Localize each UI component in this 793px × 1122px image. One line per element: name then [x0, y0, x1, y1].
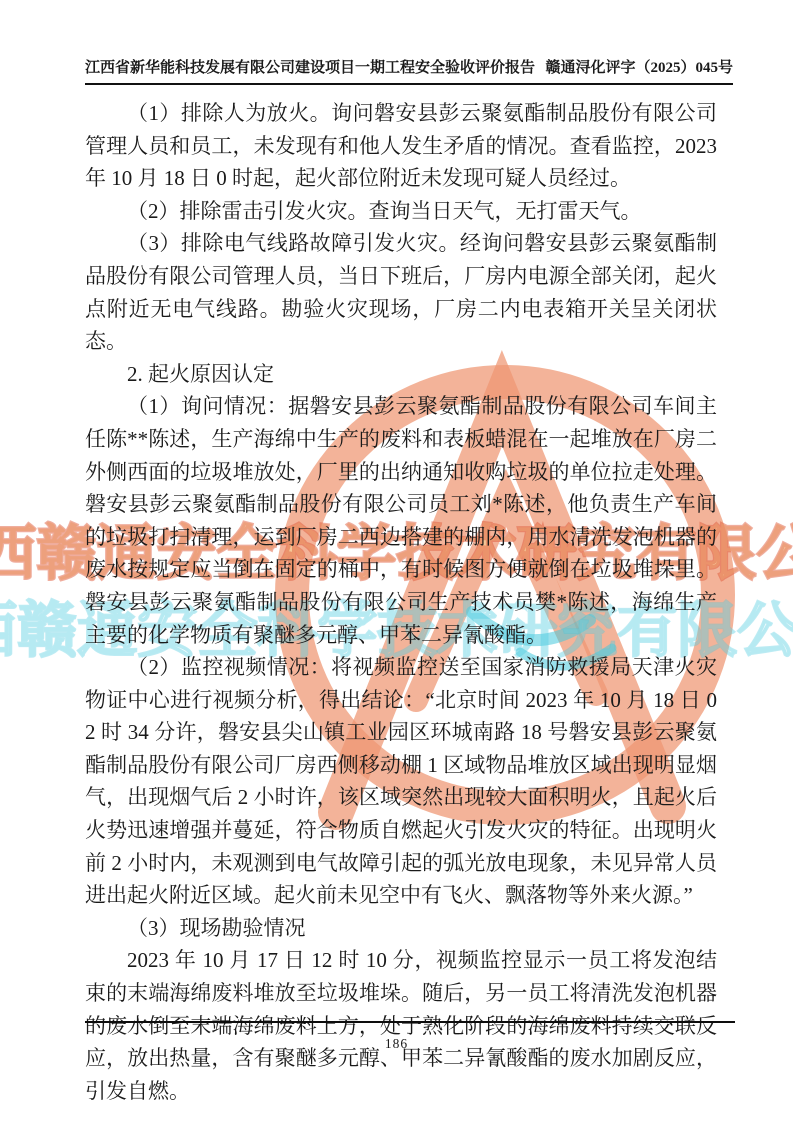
- heading-scene-survey: （3）现场勘验情况: [85, 912, 717, 945]
- body-text: （1）排除人为放火。询问磐安县彭云聚氨酯制品股份有限公司管理人员和员工，未发现有…: [85, 97, 717, 1107]
- heading-fire-cause-determination: 2. 起火原因认定: [85, 358, 717, 391]
- page-content: 江西省新华能科技发展有限公司建设项目一期工程安全验收评价报告 赣通浔化评字（20…: [0, 0, 793, 1122]
- page-number: 186: [0, 1036, 793, 1052]
- footer-divider: [85, 1021, 735, 1023]
- paragraph-scene-survey-detail: 2023 年 10 月 17 日 12 时 10 分，视频监控显示一员工将发泡结…: [85, 944, 717, 1107]
- paragraph-video-surveillance: （2）监控视频情况：将视频监控送至国家消防救援局天津火灾物证中心进行视频分析，得…: [85, 651, 717, 912]
- paragraph-inquiry-situation: （1）询问情况：据磐安县彭云聚氨酯制品股份有限公司车间主任陈**陈述，生产海绵中…: [85, 390, 717, 651]
- paragraph-exclude-arson: （1）排除人为放火。询问磐安县彭云聚氨酯制品股份有限公司管理人员和员工，未发现有…: [85, 97, 717, 195]
- page-header: 江西省新华能科技发展有限公司建设项目一期工程安全验收评价报告 赣通浔化评字（20…: [85, 58, 733, 85]
- report-title: 江西省新华能科技发展有限公司建设项目一期工程安全验收评价报告: [85, 58, 535, 78]
- paragraph-exclude-lightning: （2）排除雷击引发火灾。查询当日天气，无打雷天气。: [85, 195, 717, 228]
- document-number: 赣通浔化评字（2025）045号: [545, 58, 733, 78]
- paragraph-exclude-electrical: （3）排除电气线路故障引发火灾。经询问磐安县彭云聚氨酯制品股份有限公司管理人员，…: [85, 227, 717, 357]
- report-page: 江西赣通安全科学技术研究有限公司 江西赣通安全科学技术研究有限公司 江西省新华能…: [0, 0, 793, 1122]
